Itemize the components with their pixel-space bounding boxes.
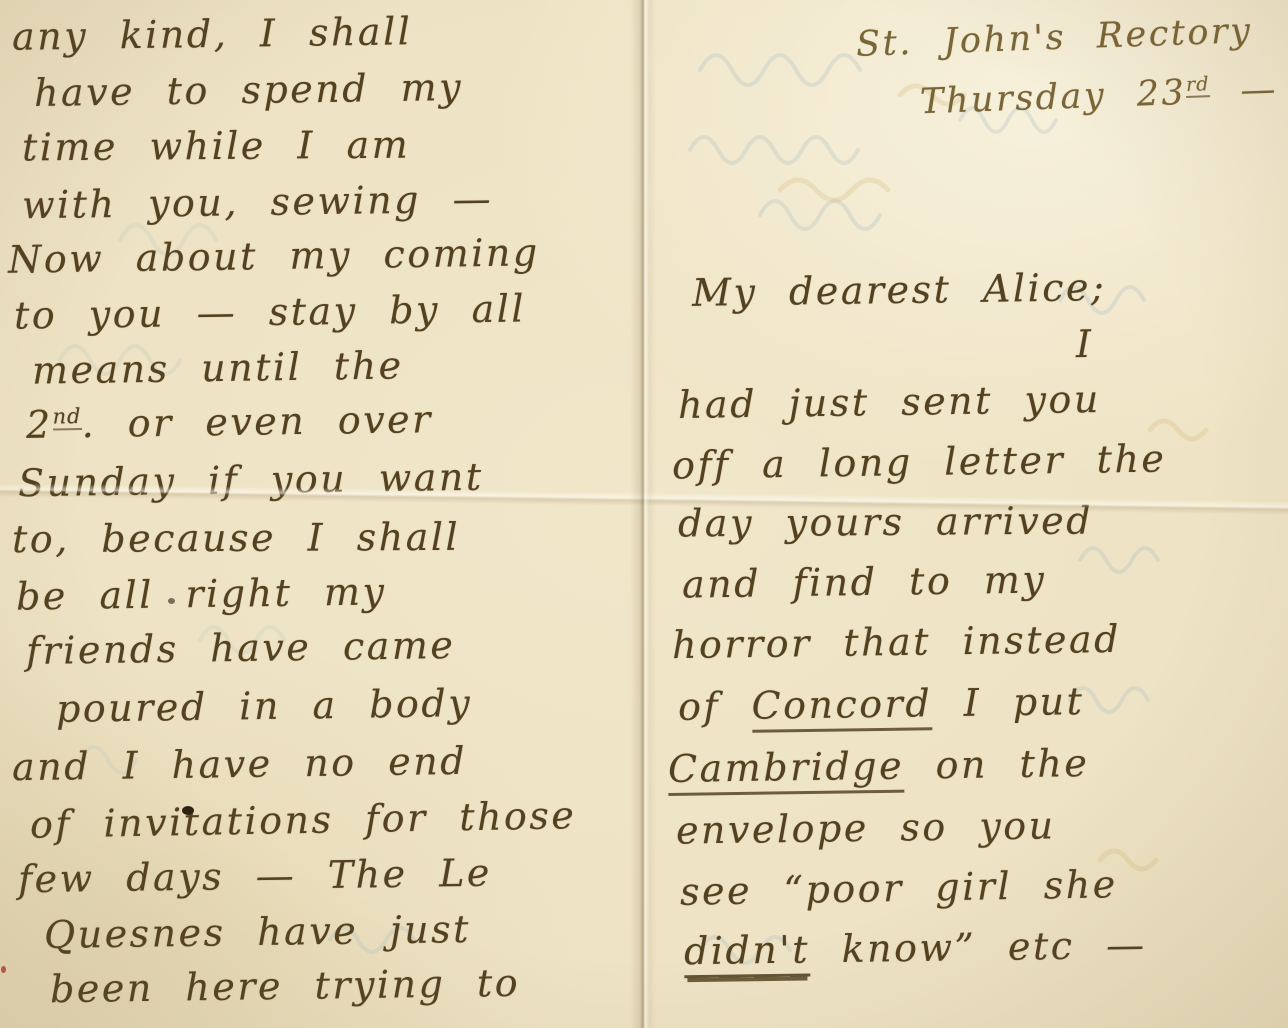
handwritten-line: had just sent you	[678, 377, 1101, 427]
handwritten-line: I	[1076, 322, 1094, 366]
handwritten-line: any kind, I shall	[12, 9, 413, 59]
handwritten-line: of invitations for those	[30, 793, 577, 847]
letterhead-place: St. John's Rectory	[855, 11, 1253, 65]
handwritten-line: and find to my	[682, 557, 1047, 606]
center-fold-crease	[630, 0, 656, 1028]
handwritten-text: know” etc —	[810, 923, 1147, 972]
handwritten-line: been here trying to	[50, 961, 521, 1012]
underlined-word: Concord	[751, 681, 932, 733]
ordinal-superscript: rd	[1186, 72, 1210, 98]
salutation: My dearest Alice;	[692, 265, 1107, 315]
handwritten-line: envelope so you	[676, 803, 1056, 852]
handwritten-line: see “poor girl she	[680, 862, 1118, 914]
handwritten-line: to you — stay by all	[14, 286, 527, 337]
handwritten-line: poured in a body	[56, 681, 473, 731]
letterhead-date: Thursday 23rd —	[919, 70, 1278, 122]
handwritten-line: friends have came	[26, 623, 456, 673]
double-underlined-word: didn't	[684, 927, 811, 978]
handwritten-text: 2	[26, 402, 53, 446]
handwritten-line: Quesnes have just	[44, 907, 471, 957]
handwritten-line: off a long letter the	[672, 437, 1167, 488]
handwritten-line: Cambridge on the	[668, 741, 1090, 791]
handwritten-line: few days — The Le	[18, 851, 492, 902]
handwritten-line: means until the	[32, 343, 404, 392]
handwritten-line: didn't know” etc —	[684, 923, 1147, 973]
ink-blot	[168, 598, 175, 604]
handwritten-line: and I have no end	[12, 739, 468, 789]
handwritten-line: horror that instead	[672, 617, 1121, 667]
handwritten-line: be all right my	[16, 569, 387, 618]
paper-speck	[1, 966, 6, 973]
handwritten-line: to, because I shall	[12, 515, 460, 561]
handwritten-line: 2nd. or even over	[26, 397, 433, 447]
handwritten-text: of	[678, 684, 752, 729]
handwritten-line: with you, sewing —	[22, 177, 494, 228]
handwritten-line: have to spend my	[34, 65, 464, 115]
letter-scan: any kind, I shall have to spend my time …	[0, 0, 1288, 1028]
handwritten-text: on the	[904, 741, 1090, 788]
handwritten-text: —	[1209, 70, 1278, 112]
ink-blot	[182, 806, 194, 815]
underlined-word: Cambridge	[668, 744, 905, 796]
handwritten-line: time while I am	[22, 123, 410, 170]
handwritten-text: . or even over	[81, 397, 433, 446]
handwritten-line: of Concord I put	[678, 679, 1085, 729]
handwritten-text: I put	[932, 679, 1085, 725]
ordinal-superscript: nd	[52, 404, 81, 430]
handwritten-line: Now about my coming	[8, 230, 540, 281]
handwritten-text: Thursday 23	[919, 73, 1187, 122]
